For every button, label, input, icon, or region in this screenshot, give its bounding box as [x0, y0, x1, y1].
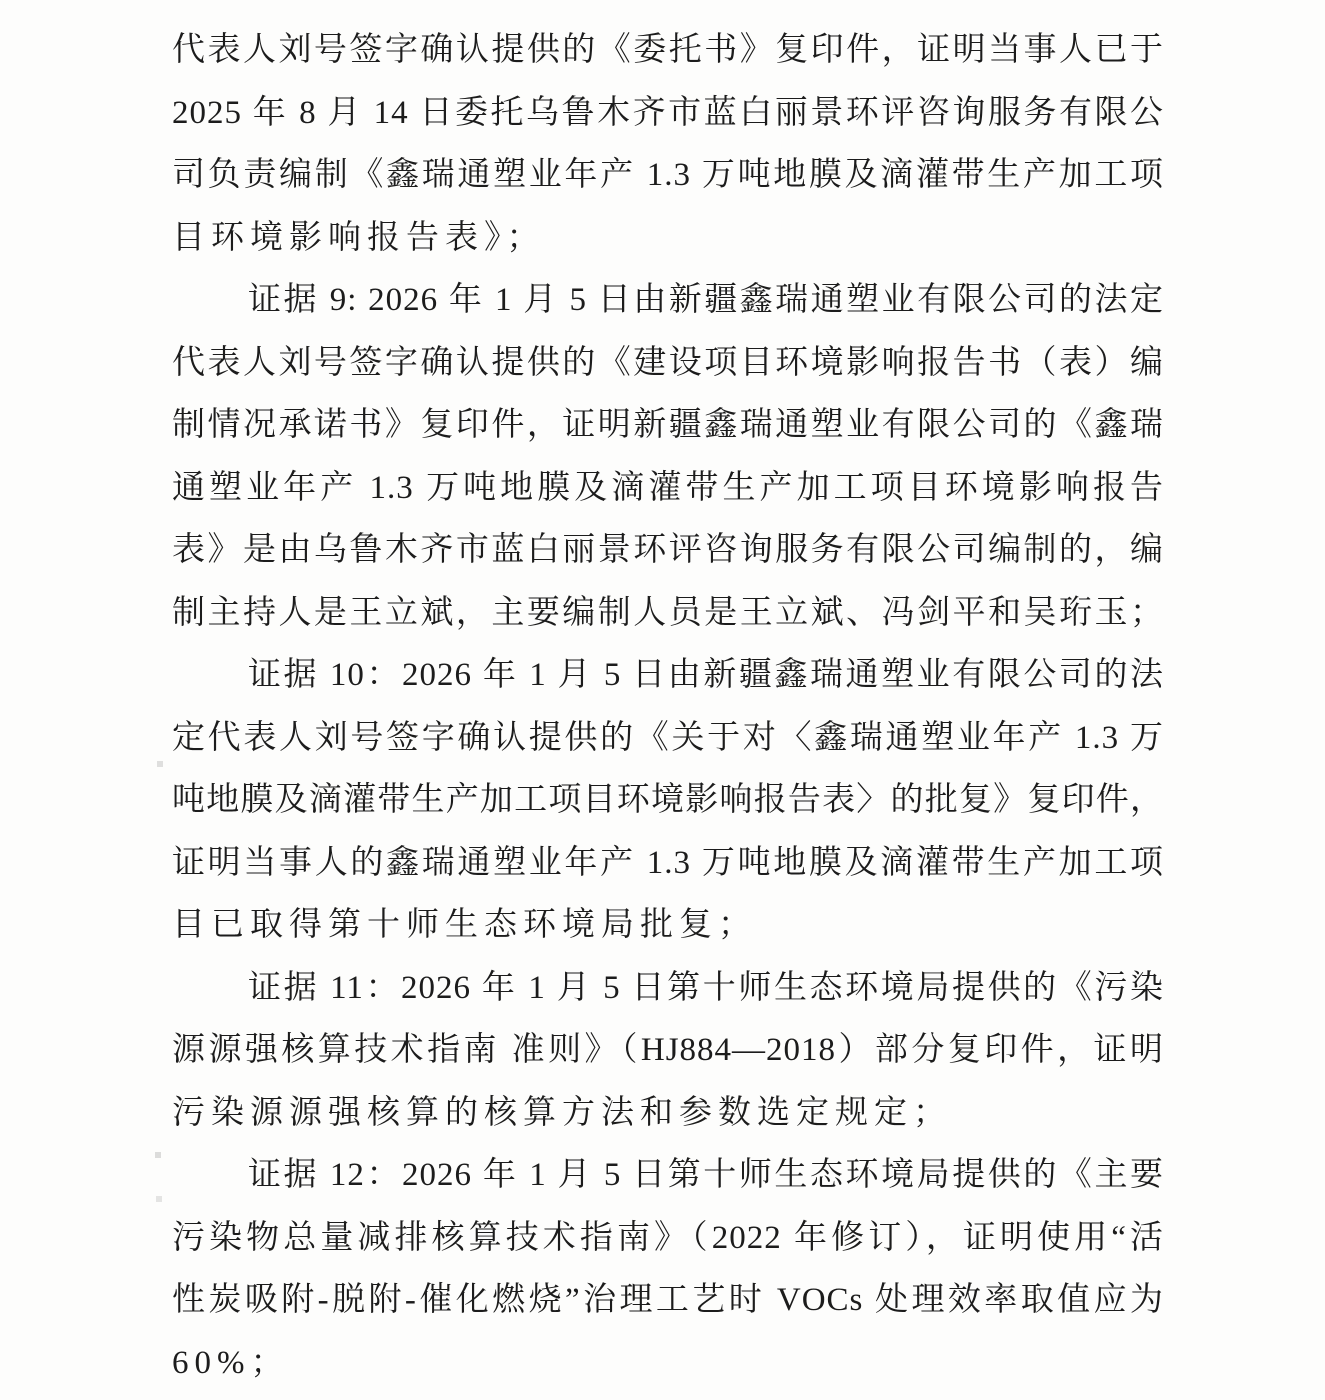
- text-line: 司负责编制《鑫瑞通塑业年产 1.3 万吨地膜及滴灌带生产加工项: [172, 144, 1164, 207]
- text-line: 源源强核算技术指南 准则》（HJ884—2018）部分复印件，证明: [172, 1019, 1164, 1082]
- text-line-evidence-9-start: 证据 9: 2026 年 1 月 5 日由新疆鑫瑞通塑业有限公司的法定: [172, 269, 1164, 332]
- text-line: 定代表人刘号签字确认提供的《关于对〈鑫瑞通塑业年产 1.3 万: [172, 707, 1164, 770]
- text-line: 目已取得第十师生态环境局批复；: [172, 894, 1164, 957]
- text-line: 60%；: [172, 1332, 1164, 1395]
- text-line-evidence-11-start: 证据 11：2026 年 1 月 5 日第十师生态环境局提供的《污染: [172, 957, 1164, 1020]
- text-line: 制主持人是王立斌，主要编制人员是王立斌、冯剑平和吴珩玉；: [172, 582, 1164, 645]
- text-line: 2025 年 8 月 14 日委托乌鲁木齐市蓝白丽景环评咨询服务有限公: [172, 82, 1164, 145]
- document-text-block: 代表人刘号签字确认提供的《委托书》复印件，证明当事人已于 2025 年 8 月 …: [172, 19, 1164, 1394]
- text-line: 证明当事人的鑫瑞通塑业年产 1.3 万吨地膜及滴灌带生产加工项: [172, 832, 1164, 895]
- text-line-evidence-10-start: 证据 10：2026 年 1 月 5 日由新疆鑫瑞通塑业有限公司的法: [172, 644, 1164, 707]
- text-line: 污染物总量减排核算技术指南》（2022 年修订），证明使用“活: [172, 1207, 1164, 1270]
- text-line: 通塑业年产 1.3 万吨地膜及滴灌带生产加工项目环境影响报告: [172, 457, 1164, 520]
- text-line: 代表人刘号签字确认提供的《建设项目环境影响报告书（表）编: [172, 332, 1164, 395]
- scanned-document-page: 代表人刘号签字确认提供的《委托书》复印件，证明当事人已于 2025 年 8 月 …: [0, 0, 1325, 1400]
- text-line: 吨地膜及滴灌带生产加工项目环境影响报告表〉的批复》复印件，: [172, 769, 1164, 832]
- text-line: 性炭吸附-脱附-催化燃烧”治理工艺时 VOCs 处理效率取值应为: [172, 1269, 1164, 1332]
- text-line: 表》是由乌鲁木齐市蓝白丽景环评咨询服务有限公司编制的，编: [172, 519, 1164, 582]
- text-line: 污染源源强核算的核算方法和参数选定规定；: [172, 1082, 1164, 1145]
- text-line-evidence-12-start: 证据 12：2026 年 1 月 5 日第十师生态环境局提供的《主要: [172, 1144, 1164, 1207]
- text-line: 制情况承诺书》复印件，证明新疆鑫瑞通塑业有限公司的《鑫瑞: [172, 394, 1164, 457]
- scan-noise-specks: [0, 0, 4, 4]
- text-line: 代表人刘号签字确认提供的《委托书》复印件，证明当事人已于: [172, 19, 1164, 82]
- text-line: 目环境影响报告表》；: [172, 207, 1164, 270]
